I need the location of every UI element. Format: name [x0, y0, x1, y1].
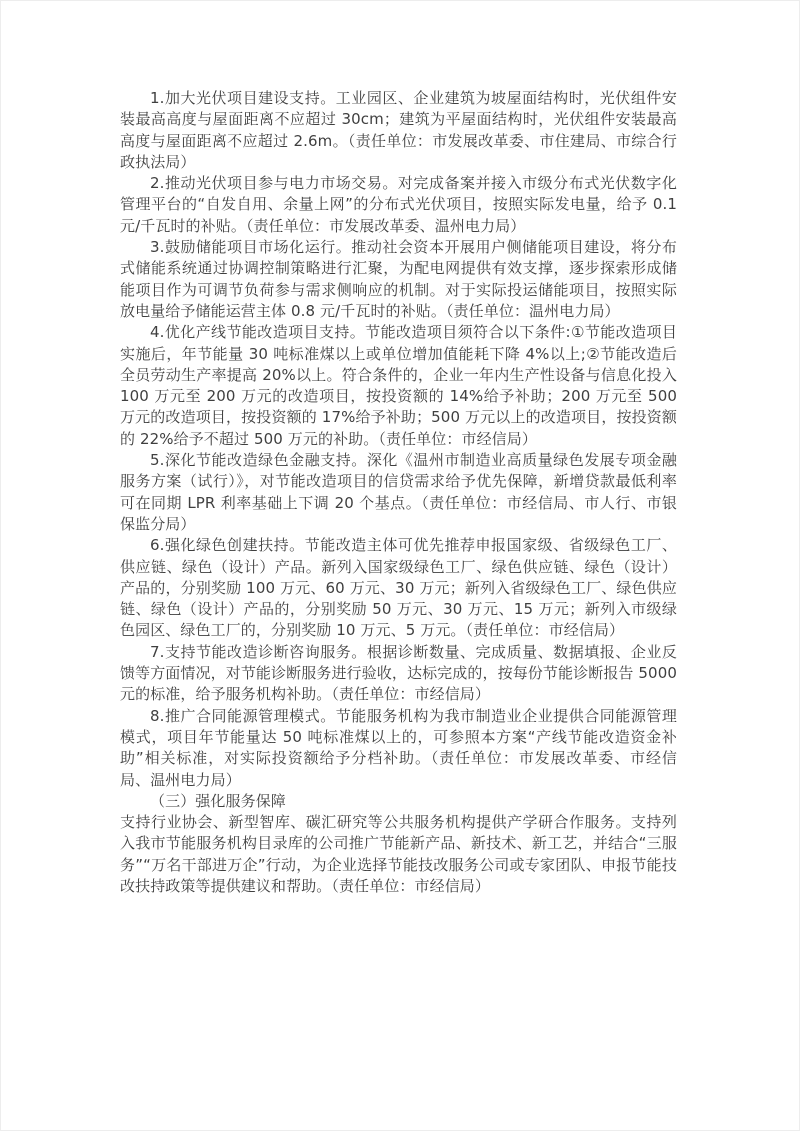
paragraph-7-diagnosis-consulting: 7.支持节能改造诊断咨询服务。根据诊断数量、完成质量、数据填报、企业反馈等方面情… [120, 642, 677, 706]
paragraph-9-service-guarantee-body: 支持行业协会、新型智库、碳汇研究等公共服务机构提供产学研合作服务。支持列入我市节… [120, 812, 677, 897]
paragraph-5-green-finance: 5.深化节能改造绿色金融支持。深化《温州市制造业高质量绿色发展专项金融服务方案（… [120, 450, 677, 535]
document-body: 1.加大光伏项目建设支持。工业园区、企业建筑为坡屋面结构时，光伏组件安装最高高度… [120, 88, 677, 897]
paragraph-1-pv-construction-support: 1.加大光伏项目建设支持。工业园区、企业建筑为坡屋面结构时，光伏组件安装最高高度… [120, 88, 677, 173]
paragraph-6-green-creation-support: 6.强化绿色创建扶持。节能改造主体可优先推荐申报国家级、省级绿色工厂、供应链、绿… [120, 535, 677, 641]
paragraph-8-energy-management-contract: 8.推广合同能源管理模式。节能服务机构为我市制造业企业提供合同能源管理模式，项目… [120, 706, 677, 791]
paragraph-4-production-line-retrofit: 4.优化产线节能改造项目支持。节能改造项目须符合以下条件:①节能改造项目实施后，… [120, 322, 677, 450]
document-page: 1.加大光伏项目建设支持。工业园区、企业建筑为坡屋面结构时，光伏组件安装最高高度… [0, 0, 800, 1131]
paragraph-3-energy-storage: 3.鼓励储能项目市场化运行。推动社会资本开展用户侧储能项目建设，将分布式储能系统… [120, 237, 677, 322]
section-heading-service-guarantee: （三）强化服务保障 [120, 791, 677, 812]
paragraph-2-pv-market-trading: 2.推动光伏项目参与电力市场交易。对完成备案并接入市级分布式光伏数字化管理平台的… [120, 173, 677, 237]
